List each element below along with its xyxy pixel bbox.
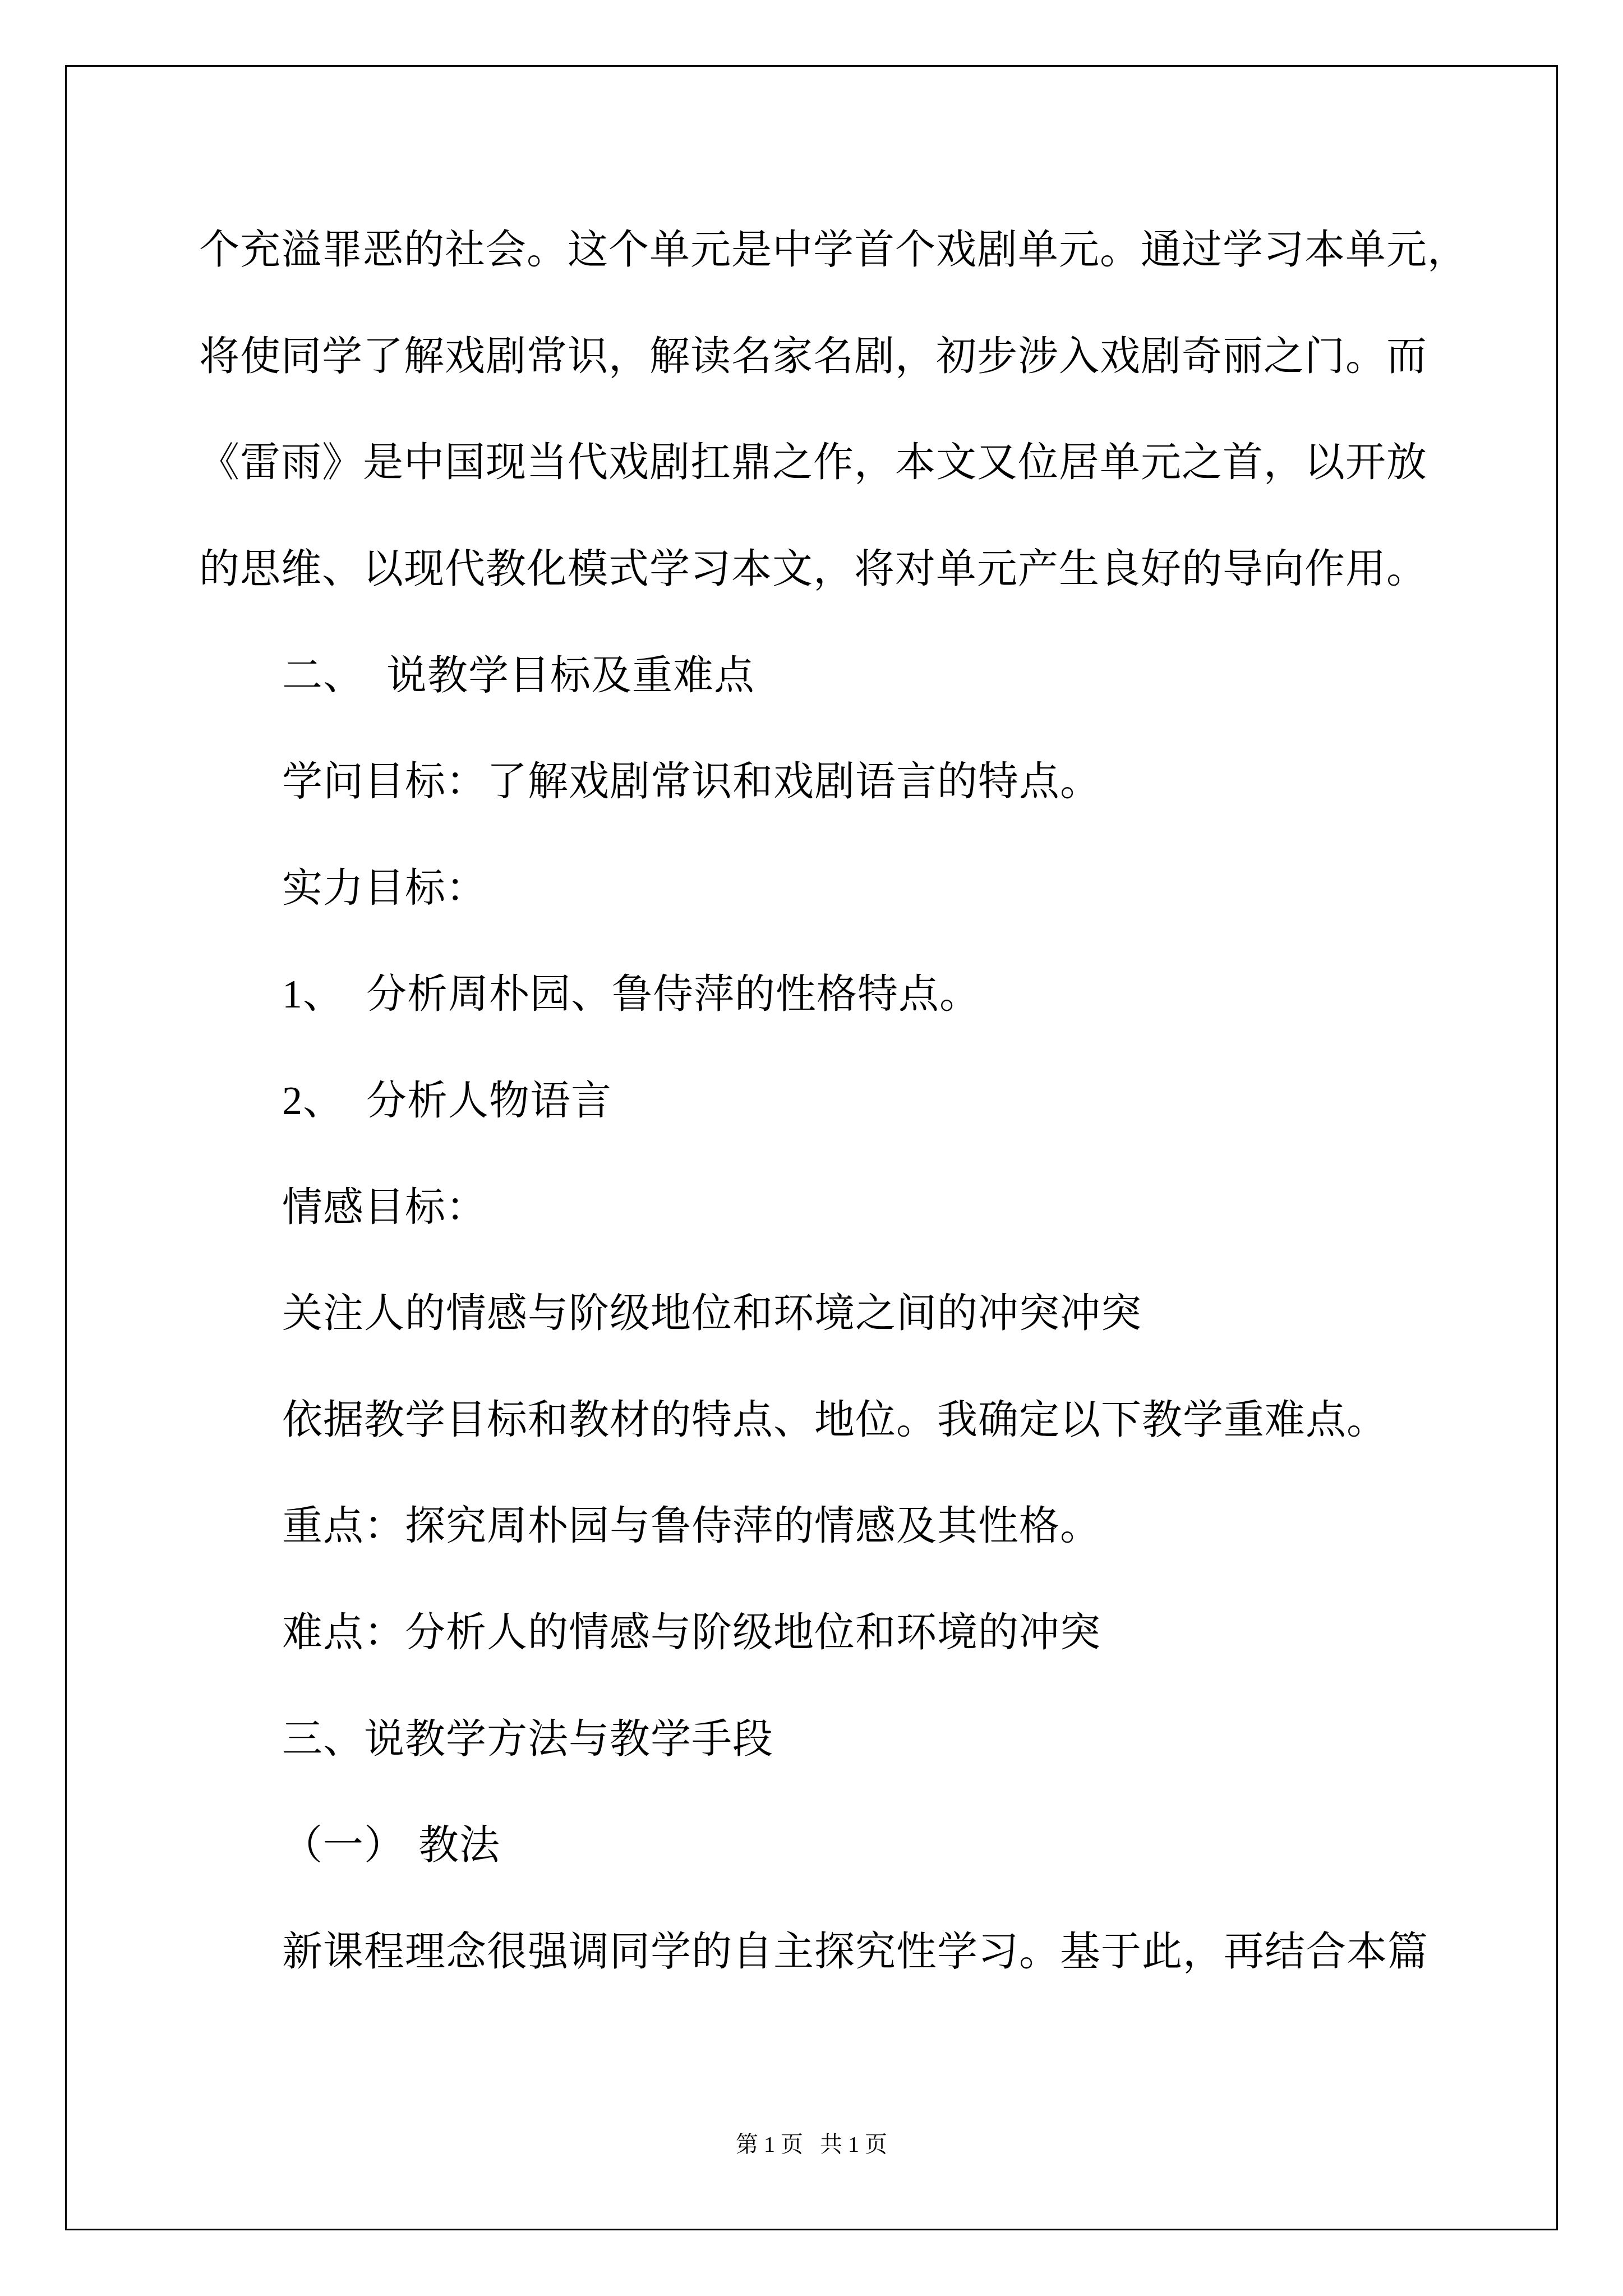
key-point: 重点：探究周朴园与鲁侍萍的情感及其性格。 bbox=[282, 1503, 1101, 1548]
subsection-number: （一） bbox=[282, 1823, 405, 1867]
ability-goal-item: 1、分析周朴园、鲁侍萍的性格特点。 bbox=[282, 972, 980, 1016]
section-number: 二、 bbox=[282, 653, 364, 698]
list-text: 分析周朴园、鲁侍萍的性格特点。 bbox=[366, 972, 980, 1016]
difficult-point: 难点：分析人的情感与阶级地位和环境的冲突 bbox=[282, 1610, 1101, 1655]
knowledge-goal: 学问目标：了解戏剧常识和戏剧语言的特点。 bbox=[282, 759, 1101, 804]
subsection-heading: （一）教法 bbox=[282, 1823, 500, 1867]
section-heading-2: 二、说教学目标及重难点 bbox=[282, 653, 755, 698]
section-heading-3: 三、说教学方法与教学手段 bbox=[282, 1717, 773, 1761]
list-number: 2、 bbox=[282, 1078, 344, 1123]
list-number: 1、 bbox=[282, 972, 344, 1016]
page-number-footer: 第 1 页 共 1 页 bbox=[0, 2131, 1623, 2159]
paragraph-line: 的思维、以现代教化模式学习本文，将对单元产生良好的导向作用。 bbox=[199, 546, 1427, 591]
emotion-goal-label: 情感目标： bbox=[282, 1185, 487, 1230]
list-text: 分析人物语言 bbox=[366, 1078, 612, 1123]
emotion-goal: 关注人的情感与阶级地位和环境之间的冲突冲突 bbox=[282, 1291, 1142, 1336]
ability-goal-item: 2、分析人物语言 bbox=[282, 1078, 612, 1123]
section-title: 说教学目标及重难点 bbox=[386, 653, 755, 698]
page-border bbox=[65, 65, 1558, 2230]
subsection-title: 教法 bbox=[418, 1823, 500, 1867]
paragraph-line: 个充溢罪恶的社会。这个单元是中学首个戏剧单元。通过学习本单元， bbox=[199, 227, 1468, 272]
basis-text: 依据教学目标和教材的特点、地位。我确定以下教学重难点。 bbox=[282, 1397, 1387, 1442]
ability-goal-label: 实力目标： bbox=[282, 866, 487, 910]
paragraph-line: 将使同学了解戏剧常识，解读名家名剧，初步涉入戏剧奇丽之门。而 bbox=[199, 334, 1427, 379]
paragraph-line: 新课程理念很强调同学的自主探究性学习。基于此，再结合本篇 bbox=[282, 1929, 1428, 1974]
paragraph-line: 《雷雨》是中国现当代戏剧扛鼎之作，本文又位居单元之首，以开放 bbox=[199, 440, 1427, 485]
